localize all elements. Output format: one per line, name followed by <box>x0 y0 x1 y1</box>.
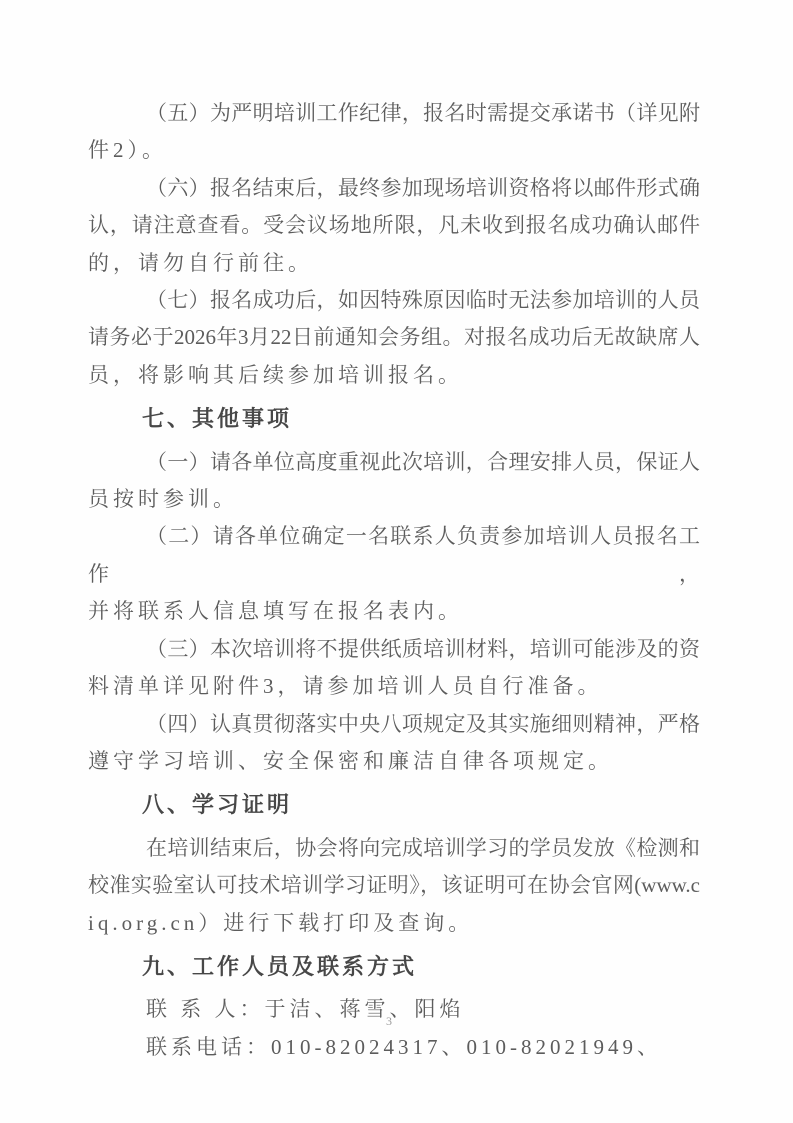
text-line: 校准实验室认可技术培训学习证明》，该证明可在协会官网(www.c <box>88 867 700 904</box>
text-line: 件2）。 <box>88 132 700 169</box>
text-line: （六）报名结束后，最终参加现场培训资格将以邮件形式确 <box>88 170 700 207</box>
text-line: 认，请注意查看。受会议场地所限，凡未收到报名成功确认邮件 <box>88 207 700 244</box>
text-line: （五）为严明培训工作纪律，报名时需提交承诺书（详见附 <box>88 95 700 132</box>
text-line: （四）认真贯彻落实中央八项规定及其实施细则精神，严格 <box>88 706 700 743</box>
text-line: 员按时参训。 <box>88 481 700 518</box>
section-heading: 九、工作人员及联系方式 <box>88 948 700 985</box>
text-line: 并将联系人信息填写在报名表内。 <box>88 593 700 630</box>
document-body: （五）为严明培训工作纪律，报名时需提交承诺书（详见附件2）。（六）报名结束后，最… <box>88 95 700 1066</box>
document-page: （五）为严明培训工作纪律，报名时需提交承诺书（详见附件2）。（六）报名结束后，最… <box>0 0 793 1123</box>
text-line: iq.org.cn）进行下载打印及查询。 <box>88 905 700 942</box>
text-line: 在培训结束后，协会将向完成培训学习的学员发放《检测和 <box>88 830 700 867</box>
text-line: 联系电话：010-82024317、010-82021949、 <box>88 1029 700 1066</box>
text-line: 料清单详见附件3，请参加培训人员自行准备。 <box>88 668 700 705</box>
text-line: 的，请勿自行前往。 <box>88 245 700 282</box>
text-line: （三）本次培训将不提供纸质培训材料，培训可能涉及的资 <box>88 631 700 668</box>
text-line: （二）请各单位确定一名联系人负责参加培训人员报名工作， <box>88 518 700 593</box>
page-number: 3 <box>0 1012 778 1030</box>
text-line: 员，将影响其后续参加培训报名。 <box>88 357 700 394</box>
text-line: 请务必于2026年3月22日前通知会务组。对报名成功后无故缺席人 <box>88 319 700 356</box>
section-heading: 八、学习证明 <box>88 786 700 823</box>
section-heading: 七、其他事项 <box>88 400 700 437</box>
text-line: （一）请各单位高度重视此次培训，合理安排人员，保证人 <box>88 444 700 481</box>
text-line: 遵守学习培训、安全保密和廉洁自律各项规定。 <box>88 743 700 780</box>
text-line: （七）报名成功后，如因特殊原因临时无法参加培训的人员 <box>88 282 700 319</box>
